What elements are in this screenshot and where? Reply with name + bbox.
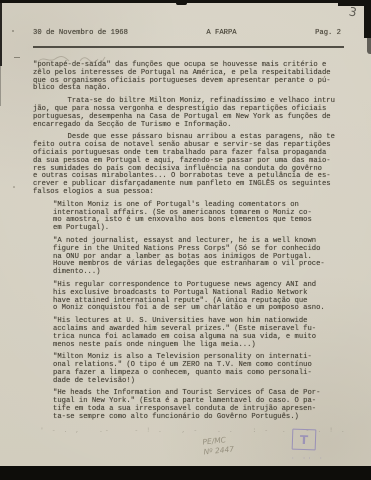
paragraph-continuation: "pontapé-de-saída" das funções que ocupa… (33, 62, 349, 93)
margin-mark-dot2 (13, 186, 15, 188)
faded-typed-line: ' - . , .- - ! . , - . . : - . - . ! . ,… (40, 427, 330, 434)
pencil-reference-note: PE/MC Nº 2447 (202, 434, 235, 457)
scan-edge-bottom (0, 466, 371, 480)
scan-edge-left (0, 0, 2, 66)
quoted-paragraph-1: "Milton Moniz is one of Portugal's leadi… (53, 202, 349, 233)
stamp-faint-marks: · ·· · (291, 455, 325, 462)
scan-edge-right (364, 0, 371, 38)
quoted-paragraph-2: "A noted journalist, essayst and lecture… (53, 238, 349, 277)
margin-mark-dash (14, 57, 20, 58)
header-page-label: Pag. 2 (315, 29, 341, 37)
header-date: 30 de Novembro de 1968 (33, 29, 128, 37)
document-body: "pontapé-de-saída" das funções que ocupa… (33, 62, 349, 427)
scanned-document-page: 3 30 de Novembro de 1968 A FARPA Pag. 2 … (0, 0, 371, 480)
rubber-stamp: T (292, 429, 317, 451)
margin-mark-dot (12, 30, 14, 32)
paragraph-desde-que: Desde que esse pássaro bisnau arribou a … (33, 134, 349, 196)
page-header: 30 de Novembro de 1968 A FARPA Pag. 2 (33, 29, 341, 37)
page-title: A FARPA (206, 29, 236, 37)
quoted-paragraph-6: "He heads the Information and Tourist Se… (53, 390, 349, 421)
header-divider (33, 46, 344, 48)
scan-edge-right-fade (367, 38, 371, 54)
quoted-paragraph-5: "Milton Moniz is also a Television perso… (53, 354, 349, 385)
paragraph-trata-se: Trata-se do biltre Milton Moniz, refinad… (33, 98, 349, 129)
quoted-paragraph-3: "His regular correspondence to Portugues… (53, 282, 349, 313)
quoted-paragraph-4: "His lectures at U. S. Universities have… (53, 318, 349, 349)
scan-edge-top-notch (176, 0, 187, 5)
scan-edge-left-fade (0, 66, 1, 106)
stamp-letter: T (300, 433, 309, 445)
